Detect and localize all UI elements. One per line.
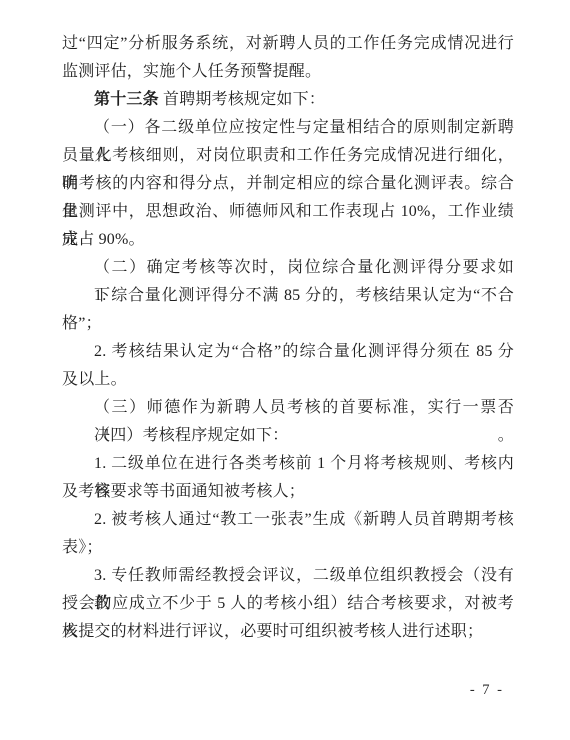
body-text: 及以上。 [62,371,127,388]
body-text: 人提交的材料进行评议，必要时可组织被考核人进行述职； [62,623,483,640]
text-line: 2. 考核结果认定为“合格”的综合量化测评得分须在 85 分 [62,338,514,366]
text-line: 2. 被考核人通过“教工一张表”生成《新聘人员首聘期考核 [62,506,514,534]
text-line: 格”； [62,310,514,338]
text-line: 监测评估，实施个人任务预警提醒。 [62,58,514,86]
text-line: （三）师德作为新聘人员考核的首要标准，实行一票否决。 [62,394,514,422]
text-line: （一）各二级单位应按定性与定量相结合的原则制定新聘人 [62,114,514,142]
text-line: 确考核的内容和得分点，并制定相应的综合量化测评表。综合量 [62,170,514,198]
body-text: 监测评估，实施个人任务预警提醒。 [62,63,321,80]
text-line: 化测评中，思想政治、师德师风和工作表现占 10%，工作业绩完 [62,198,514,226]
text-line: 表》； [62,534,514,562]
text-line: 员量化考核细则，对岗位职责和工作任务完成情况进行细化，明 [62,142,514,170]
body-text: 及考核要求等书面通知被考核人； [62,483,305,500]
body-text: 成占 90%。 [62,231,145,248]
text-line: 1. 综合量化测评得分不满 85 分的，考核结果认定为“不合 [62,282,514,310]
text-line: 人提交的材料进行评议，必要时可组织被考核人进行述职； [62,618,514,646]
body-text: 过“四定”分析服务系统，对新聘人员的工作任务完成情况进行 [62,35,514,52]
text-line: 及考核要求等书面通知被考核人； [62,478,514,506]
text-line: 1. 二级单位在进行各类考核前 1 个月将考核规则、考核内容 [62,450,514,478]
article-heading-text: 第十三条 [94,91,159,108]
text-line: 成占 90%。 [62,226,514,254]
document-body: 过“四定”分析服务系统，对新聘人员的工作任务完成情况进行监测评估，实施个人任务预… [62,30,514,646]
text-line: 第十三条 首聘期考核规定如下： [62,86,514,114]
text-line: （二）确定考核等次时，岗位综合量化测评得分要求如下： [62,254,514,282]
text-line: 过“四定”分析服务系统，对新聘人员的工作任务完成情况进行 [62,30,514,58]
body-text: 首聘期考核规定如下： [159,91,325,108]
page-number: - 7 - [470,680,504,700]
text-line: 3. 专任教师需经教授会评议，二级单位组织教授会（没有教 [62,562,514,590]
body-text: 1. 综合量化测评得分不满 85 分的，考核结果认定为“不合 [94,287,514,304]
document-page: 过“四定”分析服务系统，对新聘人员的工作任务完成情况进行监测评估，实施个人任务预… [0,0,570,740]
text-line: 及以上。 [62,366,514,394]
text-line: 授会的应成立不少于 5 人的考核小组）结合考核要求，对被考核 [62,590,514,618]
body-text: 2. 被考核人通过“教工一张表”生成《新聘人员首聘期考核 [94,511,514,528]
body-text: 表》； [62,539,103,556]
body-text: 格”； [62,315,102,332]
body-text: 2. 考核结果认定为“合格”的综合量化测评得分须在 85 分 [94,343,514,360]
body-text: （四）考核程序规定如下： [94,427,288,444]
